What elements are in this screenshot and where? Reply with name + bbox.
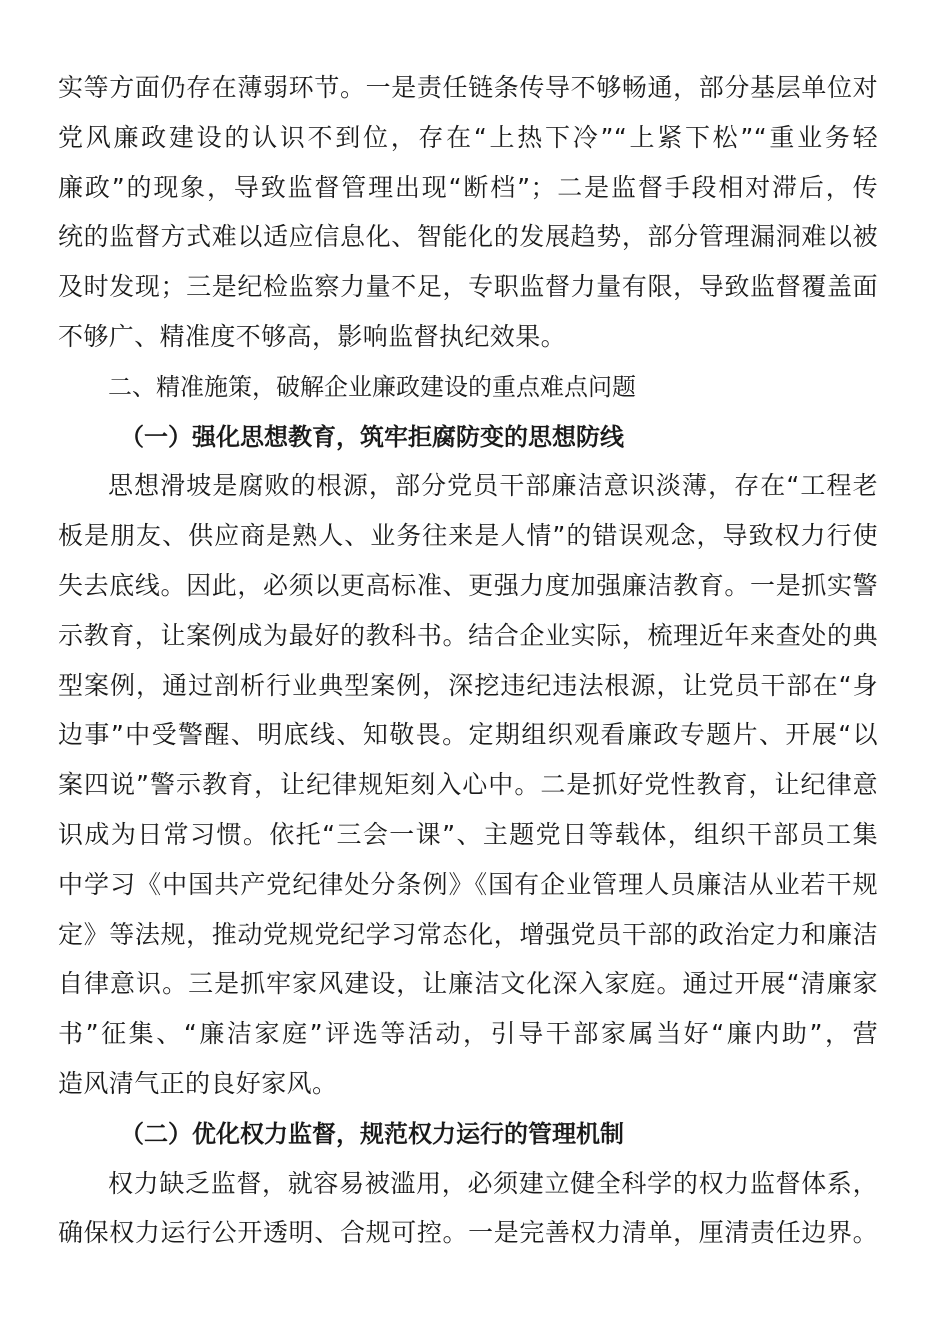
text-line: 思想滑坡是腐败的根源，部分党员干部廉洁意识淡薄，存在“工程老 — [58, 466, 878, 516]
paragraph-power-supervision: 权力缺乏监督，就容易被滥用，必须建立健全科学的权力监督体系， 确保权力运行公开透… — [58, 1164, 878, 1264]
text-line: 党风廉政建设的认识不到位，存在“上热下冷”“上紧下松”“重业务轻 — [58, 118, 878, 168]
text-line: 板是朋友、供应商是熟人、业务往来是人情”的错误观念，导致权力行使 — [58, 516, 878, 566]
text-line: 型案例，通过剖析行业典型案例，深挖违纪违法根源，让党员干部在“身 — [58, 666, 878, 716]
text-line: 统的监督方式难以适应信息化、智能化的发展趋势，部分管理漏洞难以被 — [58, 217, 878, 267]
text-line: 不够广、精准度不够高，影响监督执纪效果。 — [58, 317, 878, 367]
text-line: 廉政”的现象，导致监督管理出现“断档”；二是监督手段相对滞后，传 — [58, 168, 878, 218]
text-line: 定》等法规，推动党规党纪学习常态化，增强党员干部的政治定力和廉洁 — [58, 915, 878, 965]
text-line: 中学习《中国共产党纪律处分条例》《国有企业管理人员廉洁从业若干规 — [58, 865, 878, 915]
document-page: 实等方面仍存在薄弱环节。一是责任链条传导不够畅通，部分基层单位对 党风廉政建设的… — [58, 68, 878, 1263]
text-line: 失去底线。因此，必须以更高标准、更强力度加强廉洁教育。一是抓实警 — [58, 566, 878, 616]
text-line: 案四说”警示教育，让纪律规矩刻入心中。二是抓好党性教育，让纪律意 — [58, 765, 878, 815]
paragraph-intro-continuation: 实等方面仍存在薄弱环节。一是责任链条传导不够畅通，部分基层单位对 党风廉政建设的… — [58, 68, 878, 367]
paragraph-ideological-education: 思想滑坡是腐败的根源，部分党员干部廉洁意识淡薄，存在“工程老 板是朋友、供应商是… — [58, 466, 878, 1113]
text-line: 确保权力运行公开透明、合规可控。一是完善权力清单，厘清责任边界。 — [58, 1213, 878, 1263]
text-line: 造风清气正的良好家风。 — [58, 1064, 878, 1114]
text-line: 书”征集、“廉洁家庭”评选等活动，引导干部家属当好“廉内助”，营 — [58, 1014, 878, 1064]
text-line: 权力缺乏监督，就容易被滥用，必须建立健全科学的权力监督体系， — [58, 1164, 878, 1214]
text-line: 实等方面仍存在薄弱环节。一是责任链条传导不够畅通，部分基层单位对 — [58, 68, 878, 118]
text-line: 自律意识。三是抓牢家风建设，让廉洁文化深入家庭。通过开展“清廉家 — [58, 964, 878, 1014]
subsection-heading-2: （二）优化权力监督，规范权力运行的管理机制 — [58, 1114, 878, 1164]
text-line: 示教育，让案例成为最好的教科书。结合企业实际，梳理近年来查处的典 — [58, 616, 878, 666]
section-heading-2: 二、精准施策，破解企业廉政建设的重点难点问题 — [58, 367, 878, 417]
text-line: 及时发现；三是纪检监察力量不足，专职监督力量有限，导致监督覆盖面 — [58, 267, 878, 317]
subsection-heading-1: （一）强化思想教育，筑牢拒腐防变的思想防线 — [58, 417, 878, 467]
text-line: 边事”中受警醒、明底线、知敬畏。定期组织观看廉政专题片、开展“以 — [58, 715, 878, 765]
text-line: 识成为日常习惯。依托“三会一课”、主题党日等载体，组织干部员工集 — [58, 815, 878, 865]
